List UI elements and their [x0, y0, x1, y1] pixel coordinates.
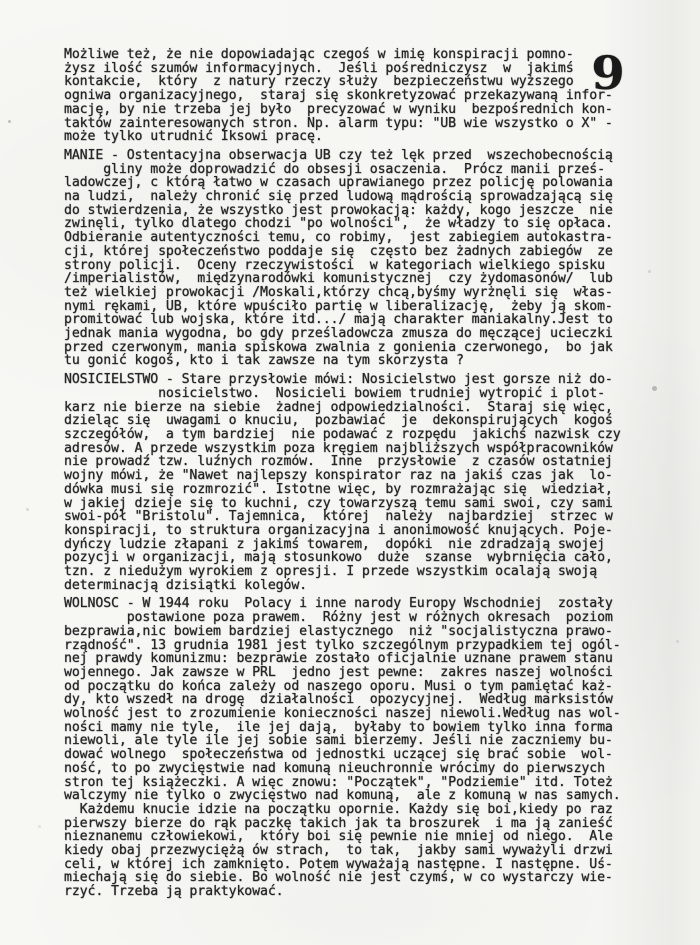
section-nosicielstwo: NOSICIELSTWO - Stare przysłowie mówi: No… — [64, 373, 654, 592]
typewritten-text: Możliwe też, że nie dopowiadając czegoś … — [64, 48, 654, 904]
paragraph-intro: Możliwe też, że nie dopowiadając czegoś … — [64, 48, 654, 144]
section-wolnosc: WOLNOSC - W 1944 roku Polacy i inne naro… — [64, 597, 654, 898]
scanned-page: 9 Możliwe też, że nie dopowiadając czego… — [0, 0, 700, 945]
section-manie: MANIE - Ostentacyjna obserwacja UB czy t… — [64, 149, 654, 368]
